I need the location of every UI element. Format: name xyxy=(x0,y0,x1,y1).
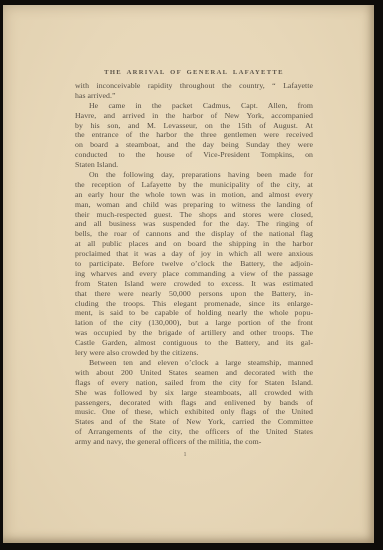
text-line: Castle Garden, almost contiguous to the … xyxy=(75,338,313,348)
text-line: at all public places and on board the sh… xyxy=(75,239,313,249)
text-line: the entrance of the harbor the three gen… xyxy=(75,130,313,140)
text-line: with inconceivable rapidity throughout t… xyxy=(75,81,313,91)
text-line: conducted to the house of Vice-President… xyxy=(75,150,313,160)
text-line: ment, is said to be capable of holding n… xyxy=(75,308,313,318)
book-page: THE ARRIVAL OF GENERAL LAFAYETTE with in… xyxy=(3,5,374,543)
text-line: by his son, and M. Levasseur, on the 15t… xyxy=(75,121,313,131)
text-line: was occupied by the brigade of artillery… xyxy=(75,328,313,338)
text-line: Staten Island. xyxy=(75,160,313,170)
text-line: bells, the roar of cannons and the displ… xyxy=(75,229,313,239)
text-line: the reception of Lafayette by the munici… xyxy=(75,180,313,190)
text-line: their much-respected guest. The shops an… xyxy=(75,210,313,220)
text-line: and all business was suspended for the d… xyxy=(75,219,313,229)
text-line: of Arrangements of the city, the officer… xyxy=(75,427,313,437)
text-line: proclaimed that it was a day of joy in w… xyxy=(75,249,313,259)
text-line: flags of every nation, sailed from the c… xyxy=(75,378,313,388)
text-line: from Staten Island were crowded to exces… xyxy=(75,279,313,289)
text-line: States and of the State of New York, car… xyxy=(75,417,313,427)
text-line: Between ten and eleven o’clock a large s… xyxy=(75,358,313,368)
signature-mark: 1 xyxy=(75,452,295,458)
paragraph: Between ten and eleven o’clock a large s… xyxy=(75,358,313,447)
text-line: Havre, and arrived in the harbor of New … xyxy=(75,111,313,121)
paragraph: He came in the packet Cadmus, Capt. Alle… xyxy=(75,101,313,170)
text-line: army and navy, the general officers of t… xyxy=(75,437,313,447)
text-line: to participate. Before twelve o’clock th… xyxy=(75,259,313,269)
paragraph: On the following day, preparations havin… xyxy=(75,170,313,358)
page-text: with inconceivable rapidity throughout t… xyxy=(75,81,313,447)
text-line: on board a steamboat, and the day being … xyxy=(75,140,313,150)
text-line: with about 200 United States seamen and … xyxy=(75,368,313,378)
text-line: lation of the city (130,000), but a larg… xyxy=(75,318,313,328)
text-line: cluding the troops. This elegant promena… xyxy=(75,299,313,309)
text-line: She was followed by six large steamboats… xyxy=(75,388,313,398)
paragraph: with inconceivable rapidity throughout t… xyxy=(75,81,313,101)
running-header: THE ARRIVAL OF GENERAL LAFAYETTE xyxy=(75,69,313,77)
text-line: man, woman and child was preparing to wi… xyxy=(75,200,313,210)
text-line: an early hour the whole town was in moti… xyxy=(75,190,313,200)
text-line: that there were nearly 50,000 persons up… xyxy=(75,289,313,299)
text-line: ing wharves and every place commanding a… xyxy=(75,269,313,279)
text-line: On the following day, preparations havin… xyxy=(75,170,313,180)
text-line: music. One of these, which exhibited onl… xyxy=(75,407,313,417)
text-line: passengers, decorated with flags and enl… xyxy=(75,398,313,408)
scan-backdrop: THE ARRIVAL OF GENERAL LAFAYETTE with in… xyxy=(0,0,383,550)
text-line: He came in the packet Cadmus, Capt. Alle… xyxy=(75,101,313,111)
text-line: lery were also crowded by the citizens. xyxy=(75,348,313,358)
text-line: has arrived.” xyxy=(75,91,313,101)
